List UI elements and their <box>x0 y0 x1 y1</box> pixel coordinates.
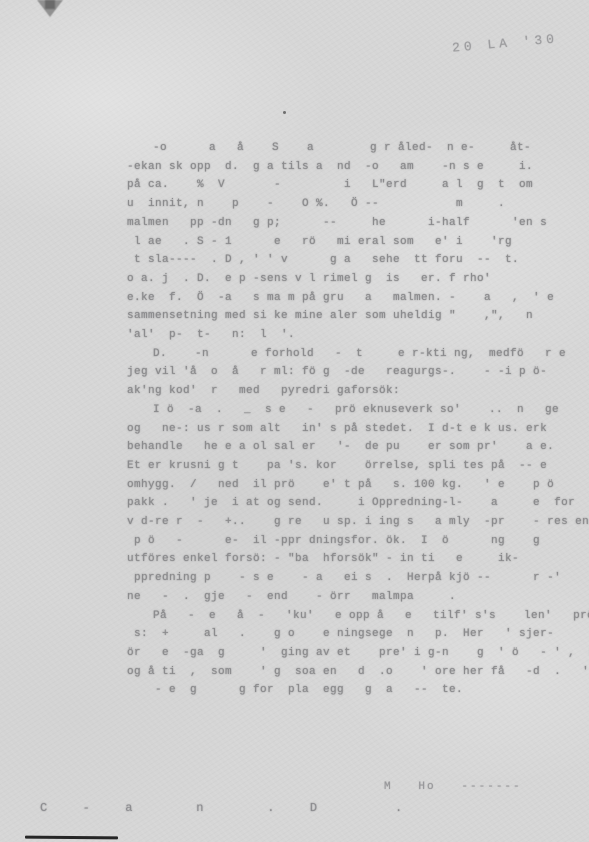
typed-line: -ekan sk opp d. g a tils a nd -o am -n s… <box>127 161 527 174</box>
typed-line: u innit, n p - O %. Ö -- m . <box>127 198 527 211</box>
typed-line: o a. j . D. e p -sens v l rimel g is er.… <box>127 273 527 286</box>
typed-line: D. -n e forhold - t e r-kti ng, medfö r … <box>127 348 553 361</box>
typed-line: ak'ng kod' r med pyredri gaforsök: <box>127 385 527 398</box>
typed-line: 'al' p- t- n: l '. <box>127 329 527 342</box>
typed-line: malmen pp -dn g p; -- he i-half 'en s <box>127 217 527 230</box>
scanned-document-page: 20 LA '30 -o a å S a g r åled- n e- åt--… <box>0 0 589 842</box>
typed-line: På - e å - 'ku' e opp å e tilf' s's len'… <box>127 610 553 623</box>
typed-line: v d-re r - +.. g re u sp. i ing s a mly … <box>127 516 527 529</box>
typed-line: -o a å S a g r åled- n e- åt- <box>127 142 553 155</box>
typed-line: e.ke f. Ö -a s ma m på gru a malmen. - a… <box>127 292 527 305</box>
typed-line: ne - . gje - end - örr malmpa . <box>127 591 527 604</box>
typed-line: Et er krusni g t pa 's. kor örrelse, spl… <box>127 460 527 473</box>
typed-line: pakk . ' je i at og send. i Oppredning-l… <box>127 497 527 510</box>
typed-line: t sla---- . D , ' ' v g a sehe tt foru -… <box>127 254 527 267</box>
typed-line: utföres enkel forsö: - "ba hforsök" - in… <box>127 553 527 566</box>
typed-line: sammensetning med si ke mine aler som uh… <box>127 310 527 323</box>
typed-line: og å ti , som ' g soa en d .o ' ore her … <box>127 666 527 679</box>
typed-lines: -o a å S a g r åled- n e- åt--ekan sk op… <box>0 0 589 842</box>
typed-line: ör e -ga g ' ging av et pre' i g-n g ' ö… <box>127 647 527 660</box>
typed-line: omhygg. / ned il prö e' t på s. 100 kg. … <box>127 479 527 492</box>
footer-note-fragment: C - a n . D . <box>40 801 409 815</box>
typed-line: ppredning p - s e - a ei s . Herpå kjö -… <box>127 572 527 585</box>
scan-artifact-line <box>25 836 118 840</box>
typed-line: s: + al . g o e ningsege n p. Her ' sjer… <box>127 628 527 641</box>
typed-line: p ö - e- il -ppr dningsfor. ök. I ö ng g <box>127 535 527 548</box>
signature-fragment: M Ho ------- <box>384 781 522 793</box>
typed-line: jeg vil 'å o å r ml: fö g -de reagurgs-.… <box>127 366 527 379</box>
typed-line: l ae . S - 1 e rö mi eral som e' i 'rg <box>127 236 527 249</box>
typed-line: på ca. % V - i L"erd a l g t om <box>127 179 527 192</box>
typed-line: I ö -a . _ s e - prö eknuseverk so' .. n… <box>127 404 553 417</box>
typed-line: - e g g for pla egg g a -- te. <box>127 684 527 697</box>
typed-line: og ne-: us r som alt in' s på stedet. I … <box>127 423 527 436</box>
typed-line: behandle he e a ol sal er '- de pu er so… <box>127 441 527 454</box>
